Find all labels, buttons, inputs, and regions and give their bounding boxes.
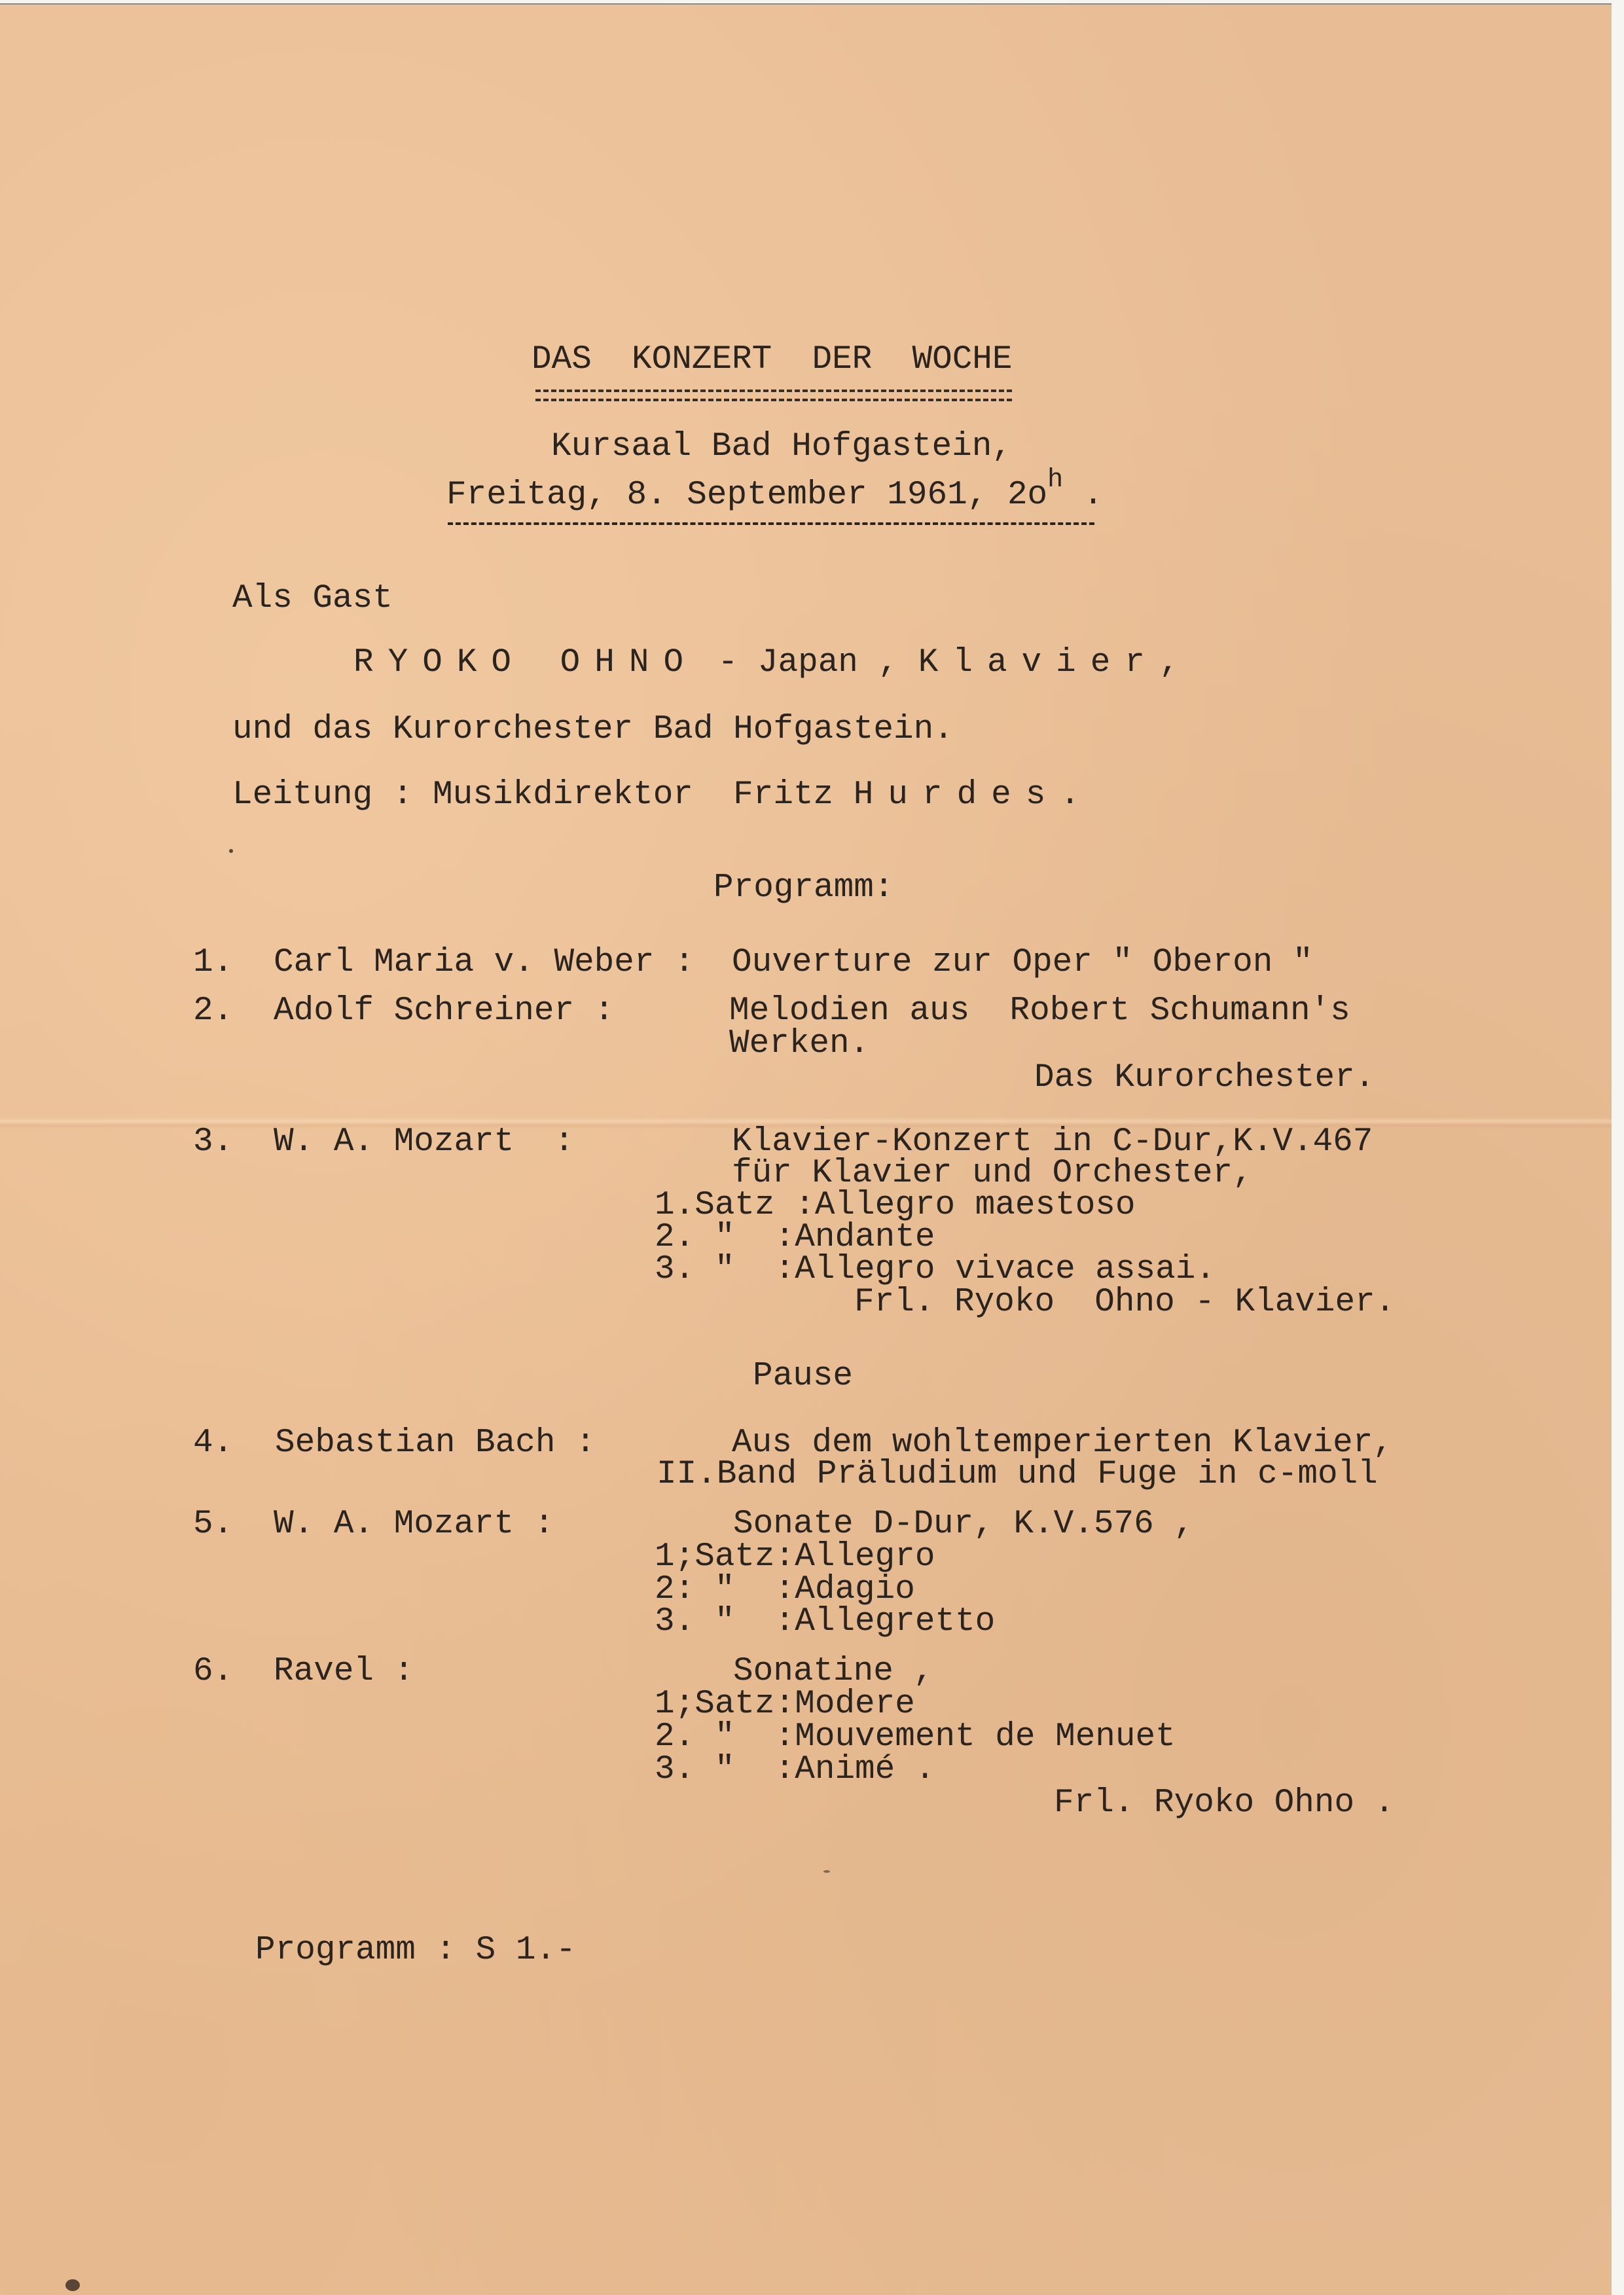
- item-work-cont: II.Band Präludium und Fuge in c-moll: [657, 1456, 1378, 1493]
- item-work: Sonate D-Dur, K.V.576 ,: [733, 1506, 1194, 1543]
- item-number: 2.: [193, 993, 233, 1030]
- item-composer: Ravel :: [274, 1653, 414, 1690]
- item-composer: Carl Maria v. Weber :: [274, 945, 695, 981]
- orchestra-line: und das Kurorchester Bad Hofgastein.: [232, 712, 954, 748]
- title-double-rule: [535, 389, 1012, 408]
- item-movement: 3. " :Animé .: [655, 1752, 935, 1788]
- document-title: DAS KONZERT DER WOCHE: [532, 342, 1013, 378]
- item-composer: W. A. Mozart :: [274, 1124, 574, 1161]
- item-number: 1.: [193, 945, 233, 981]
- item-performer: Frl. Ryoko Ohno .: [1054, 1785, 1394, 1822]
- program-heading: Programm:: [713, 870, 893, 907]
- soloist-instrument: Klavier,: [918, 644, 1194, 681]
- ink-stain: [65, 2279, 80, 2291]
- item-work: Melodien aus Robert Schumann's: [729, 993, 1350, 1030]
- item-number: 6.: [193, 1653, 233, 1690]
- guest-label: Als Gast: [232, 581, 393, 617]
- conductor-label: Leitung : Musikdirektor Fritz: [232, 776, 833, 814]
- date-line: Freitag, 8. September 1961, 2oh .: [446, 477, 1103, 516]
- soloist-name: RYOKO OHNO: [353, 644, 698, 681]
- item-work: Ouverture zur Oper " Oberon ": [732, 945, 1313, 981]
- item-composer: W. A. Mozart :: [274, 1506, 554, 1543]
- date-underline: [448, 522, 1094, 525]
- conductor-line: Leitung : Musikdirektor Fritz Hurdes.: [232, 777, 1094, 814]
- date-end: .: [1063, 477, 1103, 514]
- item-work: Sonatine ,: [733, 1653, 933, 1690]
- date-text: Freitag, 8. September 1961, 2o: [446, 477, 1047, 514]
- item-composer: Sebastian Bach :: [275, 1425, 596, 1462]
- item-movement: 3. " :Allegretto: [655, 1604, 995, 1640]
- ink-speck: [823, 1870, 830, 1873]
- item-number: 3.: [193, 1124, 233, 1161]
- item-movement: 3. " :Allegro vivace assai.: [655, 1252, 1216, 1288]
- item-movement: 1;Satz:Allegro: [655, 1539, 935, 1576]
- conductor-name: Hurdes.: [854, 776, 1094, 814]
- venue-line: Kursaal Bad Hofgastein,: [551, 429, 1012, 465]
- item-performer: Das Kurorchester.: [1034, 1060, 1375, 1096]
- item-composer: Adolf Schreiner :: [274, 993, 614, 1030]
- date-hour-superscript: h: [1047, 465, 1063, 495]
- item-number: 5.: [193, 1506, 233, 1543]
- soloist-line: RYOKO OHNO - Japan , Klavier,: [353, 645, 1194, 681]
- item-performer: Frl. Ryoko Ohno - Klavier.: [854, 1284, 1395, 1321]
- item-work-cont: Werken.: [729, 1026, 869, 1062]
- ink-speck: [229, 849, 233, 853]
- paper-sheet: DAS KONZERT DER WOCHE Kursaal Bad Hofgas…: [0, 3, 1612, 2295]
- intermission-label: Pause: [753, 1358, 853, 1395]
- item-number: 4.: [193, 1425, 233, 1462]
- soloist-origin: - Japan ,: [698, 644, 898, 681]
- item-movement: 2. " :Mouvement de Menuet: [655, 1719, 1176, 1756]
- item-movement: 1;Satz:Modere: [655, 1686, 915, 1723]
- program-price: Programm : S 1.-: [255, 1932, 576, 1969]
